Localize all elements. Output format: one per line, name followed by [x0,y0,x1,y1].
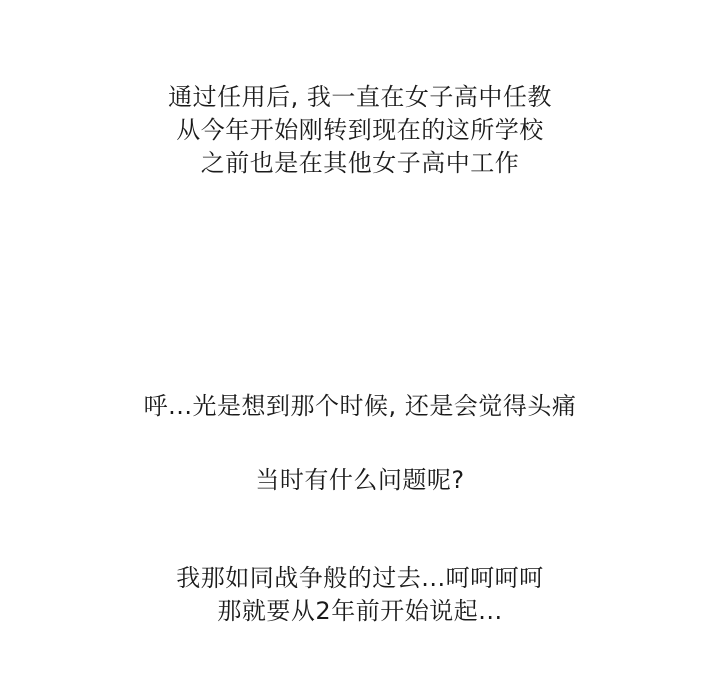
narration-line: 呼...光是想到那个时候, 还是会觉得头痛 [0,390,720,423]
narration-line: 从今年开始刚转到现在的这所学校 [0,114,720,147]
narration-line: 通过任用后, 我一直在女子高中任教 [0,81,720,114]
narration-block-question: 当时有什么问题呢? [0,464,720,497]
narration-line: 当时有什么问题呢? [0,464,720,497]
narration-line: 那就要从2年前开始说起... [0,595,720,628]
narration-line: 之前也是在其他女子高中工作 [0,147,720,180]
narration-block-intro: 通过任用后, 我一直在女子高中任教 从今年开始刚转到现在的这所学校 之前也是在其… [0,81,720,180]
narration-line: 我那如同战争般的过去...呵呵呵呵 [0,562,720,595]
narration-block-flashback: 我那如同战争般的过去...呵呵呵呵 那就要从2年前开始说起... [0,562,720,628]
narration-block-sigh: 呼...光是想到那个时候, 还是会觉得头痛 [0,390,720,423]
